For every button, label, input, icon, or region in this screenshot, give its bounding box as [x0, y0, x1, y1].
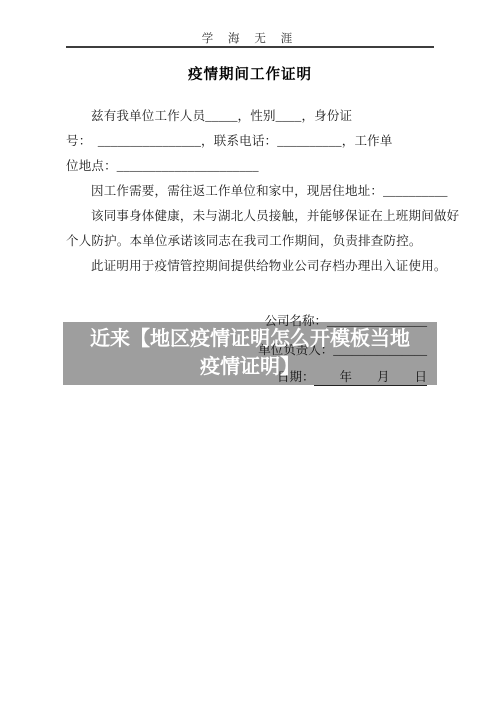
caption-overlay-text: 近来【地区疫情证明怎么开模板当地 疫情证明】 — [63, 325, 437, 380]
document-page: 学 海 无 涯 疫情期间工作证明 兹有我单位工作人员_____，性别____，身… — [0, 0, 500, 707]
document-title: 疫情期间工作证明 — [0, 63, 500, 84]
document-body: 兹有我单位工作人员_____，性别____，身份证 号： ___________… — [66, 104, 438, 279]
caption-line-1: 近来【地区疫情证明怎么开模板当地 — [63, 325, 437, 353]
body-line-5: 该同事身体健康，未与湖北人员接触，并能够保证在上班期间做好 — [66, 204, 438, 229]
page-header-brand: 学 海 无 涯 — [0, 30, 500, 46]
body-line-6: 个人防护。本单位承诺该同志在我司工作期间，负责排查防控。 — [66, 229, 438, 254]
body-line-3: 位地点：______________________ — [66, 154, 438, 179]
caption-line-2: 疫情证明】 — [63, 353, 437, 381]
body-line-2: 号： ________________，联系电话：__________，工作单 — [66, 129, 438, 154]
body-line-1: 兹有我单位工作人员_____，性别____，身份证 — [66, 104, 438, 129]
body-line-4: 因工作需要，需往返工作单位和家中，现居住地址：__________ — [66, 179, 438, 204]
body-line-7: 此证明用于疫情管控期间提供给物业公司存档办理出入证使用。 — [66, 254, 438, 279]
header-divider-line — [66, 46, 434, 48]
